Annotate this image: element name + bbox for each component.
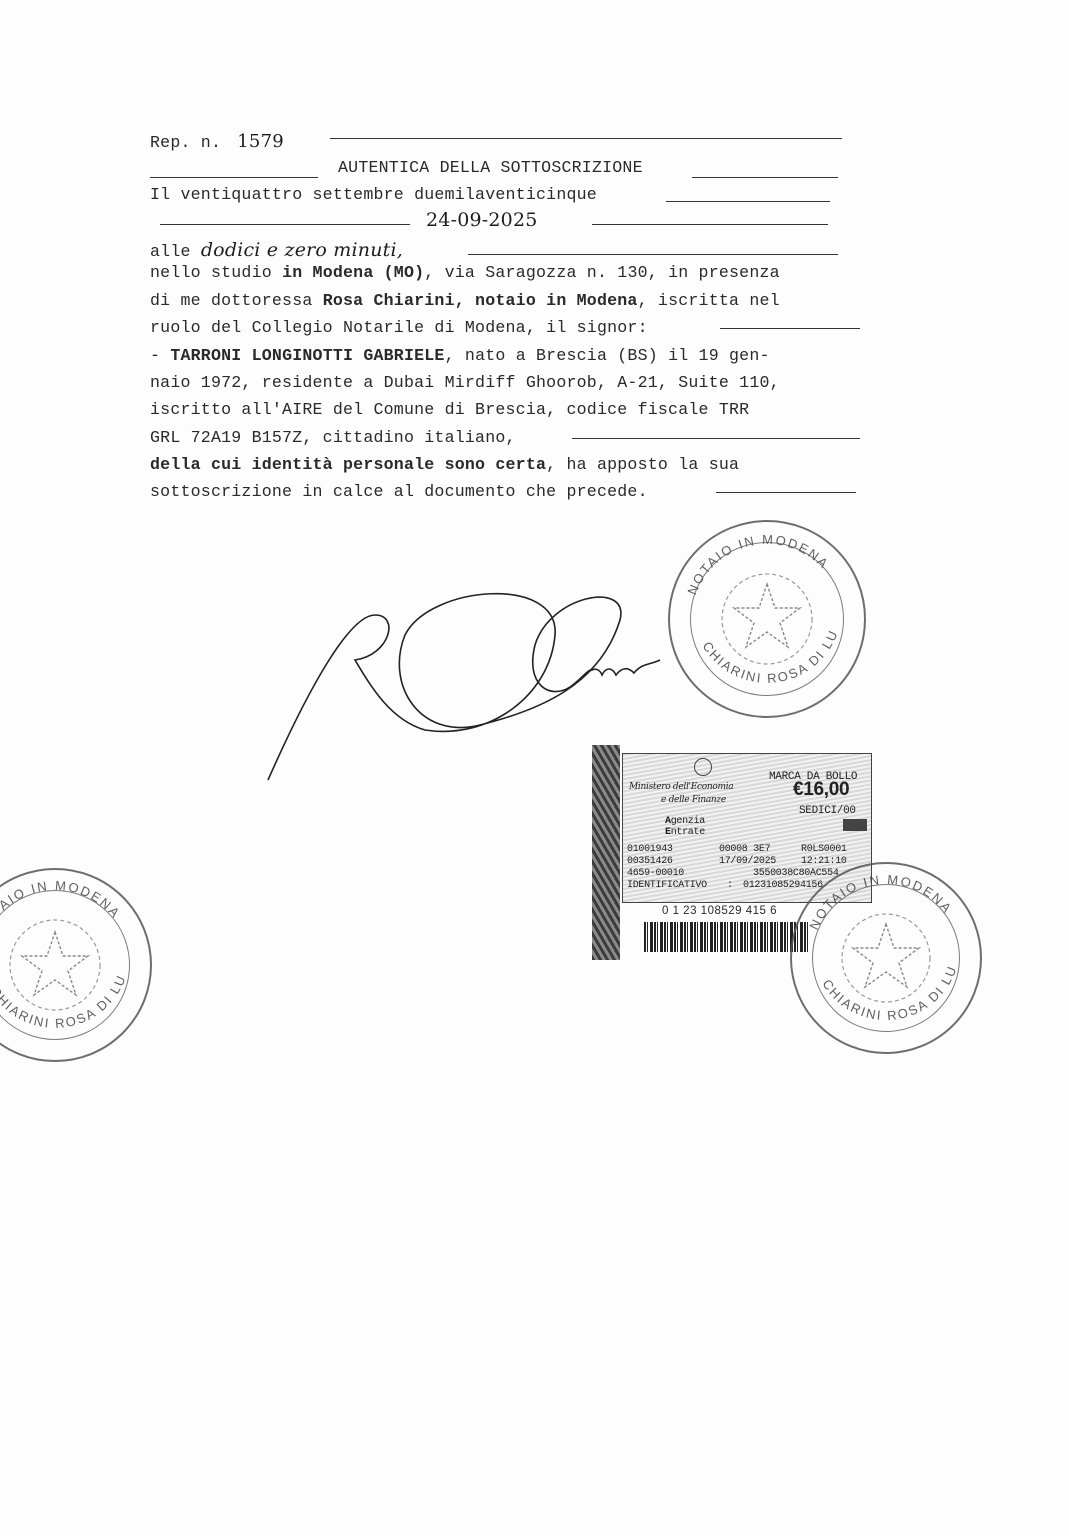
filler-rule xyxy=(330,138,842,139)
time-handwritten: dodici e zero minuti, xyxy=(201,239,403,261)
text: , iscritta nel xyxy=(638,291,780,310)
filler-rule xyxy=(592,224,828,225)
seal-emblem-icon: NOTAIO IN MODENA CHIARINI ROSA DI LUIGI xyxy=(0,870,150,1060)
stamp-security-strip xyxy=(592,745,620,960)
republic-emblem-icon xyxy=(694,758,712,776)
filler-rule xyxy=(720,328,860,329)
seal-emblem-icon: NOTAIO IN MODENA CHIARINI ROSA DI LUIGI xyxy=(670,522,864,716)
text: iscritto all'AIRE del Comune di Brescia,… xyxy=(150,400,749,419)
text: sottoscrizione in calce al documento che… xyxy=(150,482,648,501)
stamp-data-cell: 17/09/2025 xyxy=(719,856,776,867)
text: GRL 72A19 B157Z, cittadino italiano, xyxy=(150,428,516,447)
stamp-amount: €16,00 xyxy=(793,784,849,795)
svg-text:NOTAIO IN MODENA: NOTAIO IN MODENA xyxy=(684,532,832,597)
repertory-number: 1579 xyxy=(237,131,284,152)
stamp-data-cell: : xyxy=(727,880,733,891)
text: , via Saragozza n. 130, in presenza xyxy=(424,263,780,282)
svg-text:NOTAIO IN MODENA: NOTAIO IN MODENA xyxy=(806,872,955,932)
filler-rule xyxy=(692,177,838,178)
text: - xyxy=(150,346,170,365)
date-handwritten: 24-09-2025 xyxy=(426,210,538,230)
notary-seal: NOTAIO IN MODENA CHIARINI ROSA DI LUIGI xyxy=(668,520,866,718)
time-prefix: alle xyxy=(150,242,191,261)
bold-text: in Modena (MO) xyxy=(282,263,424,282)
body-line: iscritto all'AIRE del Comune di Brescia,… xyxy=(150,400,749,420)
text: , nato a Brescia (BS) il 19 gen- xyxy=(445,346,770,365)
bold-text: Rosa Chiarini, notaio in Modena xyxy=(323,291,638,310)
notary-seal: NOTAIO IN MODENA CHIARINI ROSA DI LUIGI xyxy=(790,862,982,1054)
stamp-ministry-line2: e delle Finanze xyxy=(661,795,726,806)
document-title: AUTENTICA DELLA SOTTOSCRIZIONE xyxy=(338,158,643,178)
svg-text:NOTAIO IN MODENA: NOTAIO IN MODENA xyxy=(0,878,124,939)
text: nello studio xyxy=(150,263,282,282)
stamp-data-cell: 00008 3E7 xyxy=(719,844,770,855)
stamp-barcode-number: 0 1 23 108529 415 6 xyxy=(662,905,777,917)
filler-rule xyxy=(572,438,860,439)
body-line: naio 1972, residente a Dubai Mirdiff Gho… xyxy=(150,373,780,393)
body-line: della cui identità personale sono certa,… xyxy=(150,455,739,475)
stamp-ministry-line1: Ministero dell'Economia xyxy=(629,782,733,793)
filler-rule xyxy=(666,201,830,202)
body-line: di me dottoressa Rosa Chiarini, notaio i… xyxy=(150,291,780,311)
stamp-agency-line1: Agenzia xyxy=(665,816,705,827)
date-words: Il ventiquattro settembre duemilaventici… xyxy=(150,185,597,205)
stamp-dark-mark xyxy=(843,819,867,831)
stamp-data-cell: 4659-00010 xyxy=(627,868,684,879)
body-line: - TARRONI LONGINOTTI GABRIELE, nato a Br… xyxy=(150,346,770,366)
bold-text: della cui identità personale sono certa xyxy=(150,455,546,474)
repertory-line: Rep. n. 1579 xyxy=(150,132,284,153)
stamp-data-cell: 01001943 xyxy=(627,844,673,855)
stamp-data-cell: IDENTIFICATIVO xyxy=(627,880,707,891)
text: ruolo del Collegio Notarile di Modena, i… xyxy=(150,318,648,337)
text: naio 1972, residente a Dubai Mirdiff Gho… xyxy=(150,373,780,392)
body-line: GRL 72A19 B157Z, cittadino italiano, xyxy=(150,428,516,448)
body-line: sottoscrizione in calce al documento che… xyxy=(150,482,648,502)
stamp-data-cell: R0LS0001 xyxy=(801,844,847,855)
document-page: Rep. n. 1579 AUTENTICA DELLA SOTTOSCRIZI… xyxy=(0,0,1069,1536)
stamp-agency-line2: Entrate xyxy=(665,827,705,838)
notary-seal: NOTAIO IN MODENA CHIARINI ROSA DI LUIGI xyxy=(0,868,152,1062)
body-line: nello studio in Modena (MO), via Saragoz… xyxy=(150,263,780,283)
text: , ha apposto la sua xyxy=(546,455,739,474)
stamp-amount-words: SEDICI/00 xyxy=(799,806,856,817)
time-line: alle dodici e zero minuti, xyxy=(150,240,403,262)
bold-text: TARRONI LONGINOTTI GABRIELE xyxy=(170,346,444,365)
repertory-label: Rep. n. xyxy=(150,133,221,152)
body-line: ruolo del Collegio Notarile di Modena, i… xyxy=(150,318,648,338)
filler-rule xyxy=(150,177,318,178)
seal-emblem-icon: NOTAIO IN MODENA CHIARINI ROSA DI LUIGI xyxy=(792,864,980,1052)
text: di me dottoressa xyxy=(150,291,323,310)
stamp-data-cell: 00351426 xyxy=(627,856,673,867)
filler-rule xyxy=(468,254,838,255)
filler-rule xyxy=(716,492,856,493)
stamp-barcode xyxy=(644,922,809,952)
filler-rule xyxy=(160,224,410,225)
